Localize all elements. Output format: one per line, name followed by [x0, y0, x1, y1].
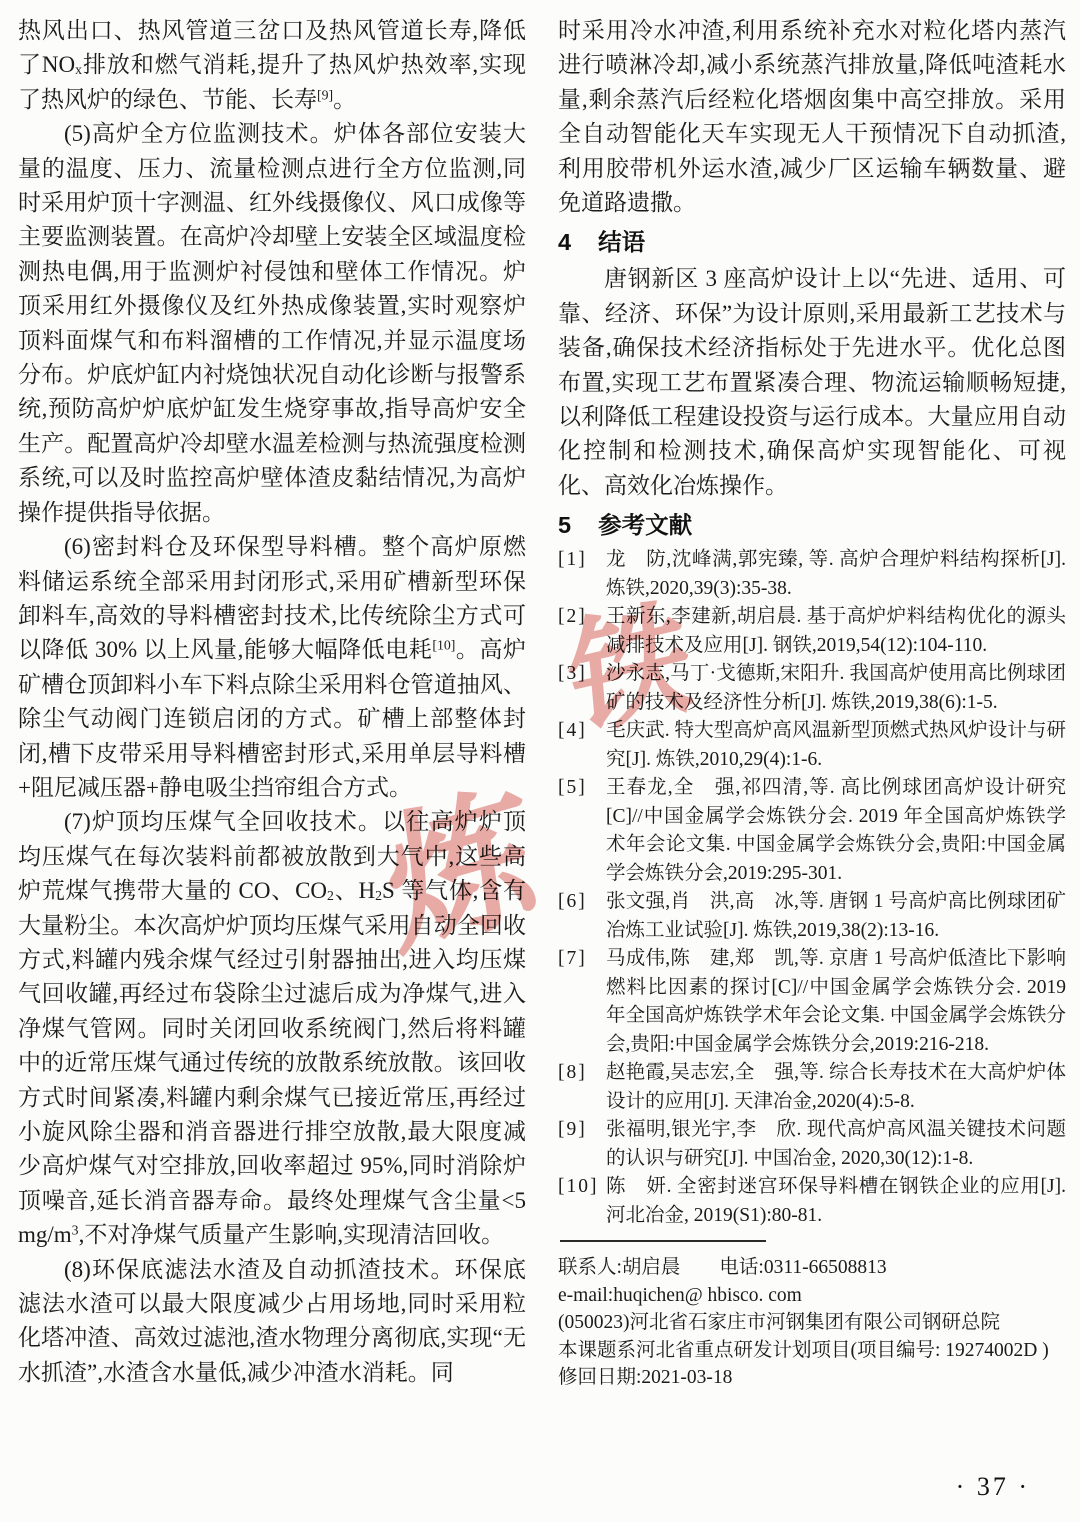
section-number: 4	[558, 227, 571, 257]
reference-item: [6]张文强,肖 洪,高 冰,等. 唐钢 1 号高炉高比例球团矿冶炼工业试验[J…	[558, 888, 1066, 945]
reference-item: [3]沙永志,马丁·戈德斯,宋阳升. 我国高炉使用高比例球团矿的技术及经济性分析…	[558, 660, 1066, 717]
contact-line: 联系人:胡启晨 电话:0311-66508813	[558, 1254, 1066, 1282]
reference-item: [9]张福明,银光宇,李 欣. 现代高炉高风温关键技术问题的认识与研究[J]. …	[558, 1116, 1066, 1173]
paragraph-8-slag-filtration: (8)环保底滤法水渣及自动抓渣技术。环保底滤法水渣可以最大限度减少占用场地,同时…	[18, 1253, 526, 1391]
reference-label: [1]	[558, 546, 606, 603]
reference-text: 张福明,银光宇,李 欣. 现代高炉高风温关键技术问题的认识与研究[J]. 中国冶…	[606, 1116, 1066, 1173]
reference-text: 张文强,肖 洪,高 冰,等. 唐钢 1 号高炉高比例球团矿冶炼工业试验[J]. …	[606, 888, 1066, 945]
reference-label: [3]	[558, 660, 606, 717]
section-heading-references: 5 参考文献	[558, 510, 1066, 540]
reference-text: 马成伟,陈 建,郑 凯,等. 京唐 1 号高炉低渣比下影响燃料比因素的探讨[C]…	[606, 945, 1066, 1059]
reference-text: 沙永志,马丁·戈德斯,宋阳升. 我国高炉使用高比例球团矿的技术及经济性分析[J]…	[606, 660, 1066, 717]
journal-page: 炼 铁 热风出口、热风管道三岔口及热风管道长寿,降低了NOx排放和燃气消耗,提升…	[0, 0, 1080, 1522]
reference-text: 王新东,李建新,胡启晨. 基于高炉炉料结构优化的源头减排技术及应用[J]. 钢铁…	[606, 603, 1066, 660]
footnote-block: 联系人:胡启晨 电话:0311-66508813 e-mail:huqichen…	[558, 1240, 1066, 1392]
section-title: 参考文献	[598, 510, 692, 540]
section-heading-conclusion: 4 结语	[558, 227, 1066, 257]
reference-item: [4]毛庆武. 特大型高炉高风温新型顶燃式热风炉设计与研究[J]. 炼铁,201…	[558, 717, 1066, 774]
reference-text: 王春龙,全 强,祁四清,等. 高比例球团高炉设计研究[C]//中国金属学会炼铁分…	[606, 774, 1066, 888]
left-column: 热风出口、热风管道三岔口及热风管道长寿,降低了NOx排放和燃气消耗,提升了热风炉…	[18, 14, 526, 1392]
reference-label: [9]	[558, 1116, 606, 1173]
reference-item: [2]王新东,李建新,胡启晨. 基于高炉炉料结构优化的源头减排技术及应用[J].…	[558, 603, 1066, 660]
reference-text: 毛庆武. 特大型高炉高风温新型顶燃式热风炉设计与研究[J]. 炼铁,2010,2…	[606, 717, 1066, 774]
reference-item: [5]王春龙,全 强,祁四清,等. 高比例球团高炉设计研究[C]//中国金属学会…	[558, 774, 1066, 888]
reference-label: [8]	[558, 1059, 606, 1116]
paragraph-7-gas-recovery: (7)炉顶均压煤气全回收技术。以往高炉炉顶均压煤气在每次装料前都被放散到大气中,…	[18, 805, 526, 1252]
paragraph-conclusion: 唐钢新区 3 座高炉设计上以“先进、适用、可靠、经济、环保”为设计原则,采用最新…	[558, 262, 1066, 503]
reference-list: [1]龙 防,沈峰满,郭宪臻, 等. 高炉合理炉料结构探析[J]. 炼铁,202…	[558, 546, 1066, 1230]
reference-item: [7]马成伟,陈 建,郑 凯,等. 京唐 1 号高炉低渣比下影响燃料比因素的探讨…	[558, 945, 1066, 1059]
page-number: · 37 ·	[956, 1472, 1030, 1502]
reference-text: 赵艳霞,吴志宏,全 强,等. 综合长寿技术在大高炉炉体设计的应用[J]. 天津冶…	[606, 1059, 1066, 1116]
reference-item: [10]陈 妍. 全密封迷宫环保导料槽在钢铁企业的应用[J]. 河北冶金, 20…	[558, 1173, 1066, 1230]
paragraph-slag-continuation: 时采用冷水冲渣,利用系统补充水对粒化塔内蒸汽进行喷淋冷却,减小系统蒸汽排放量,降…	[558, 14, 1066, 220]
two-column-layout: 热风出口、热风管道三岔口及热风管道长寿,降低了NOx排放和燃气消耗,提升了热风炉…	[18, 14, 1066, 1392]
reference-label: [5]	[558, 774, 606, 888]
reference-item: [8]赵艳霞,吴志宏,全 强,等. 综合长寿技术在大高炉炉体设计的应用[J]. …	[558, 1059, 1066, 1116]
email-line: e-mail:huqichen@ hbisco. com	[558, 1282, 1066, 1310]
reference-label: [4]	[558, 717, 606, 774]
address-line: (050023)河北省石家庄市河钢集团有限公司钢研总院	[558, 1309, 1066, 1337]
reference-text: 陈 妍. 全密封迷宫环保导料槽在钢铁企业的应用[J]. 河北冶金, 2019(S…	[606, 1173, 1066, 1230]
reference-label: [7]	[558, 945, 606, 1059]
reference-item: [1]龙 防,沈峰满,郭宪臻, 等. 高炉合理炉料结构探析[J]. 炼铁,202…	[558, 546, 1066, 603]
paragraph-hot-blast-continuation: 热风出口、热风管道三岔口及热风管道长寿,降低了NOx排放和燃气消耗,提升了热风炉…	[18, 14, 526, 117]
reference-label: [2]	[558, 603, 606, 660]
section-title: 结语	[598, 227, 645, 257]
reference-text: 龙 防,沈峰满,郭宪臻, 等. 高炉合理炉料结构探析[J]. 炼铁,2020,3…	[606, 546, 1066, 603]
reference-label: [10]	[558, 1173, 606, 1230]
project-line: 本课题系河北省重点研发计划项目(项目编号: 19274002D )	[558, 1337, 1066, 1365]
paragraph-6-sealed-bunker: (6)密封料仓及环保型导料槽。整个高炉原燃料储运系统全部采用封闭形式,采用矿槽新…	[18, 530, 526, 805]
section-number: 5	[558, 510, 571, 540]
revision-date-line: 修回日期:2021-03-18	[558, 1364, 1066, 1392]
footnote-divider	[560, 1240, 766, 1242]
right-column: 时采用冷水冲渣,利用系统补充水对粒化塔内蒸汽进行喷淋冷却,减小系统蒸汽排放量,降…	[558, 14, 1066, 1392]
paragraph-5-monitoring: (5)高炉全方位监测技术。炉体各部位安装大量的温度、压力、流量检测点进行全方位监…	[18, 117, 526, 530]
reference-label: [6]	[558, 888, 606, 945]
